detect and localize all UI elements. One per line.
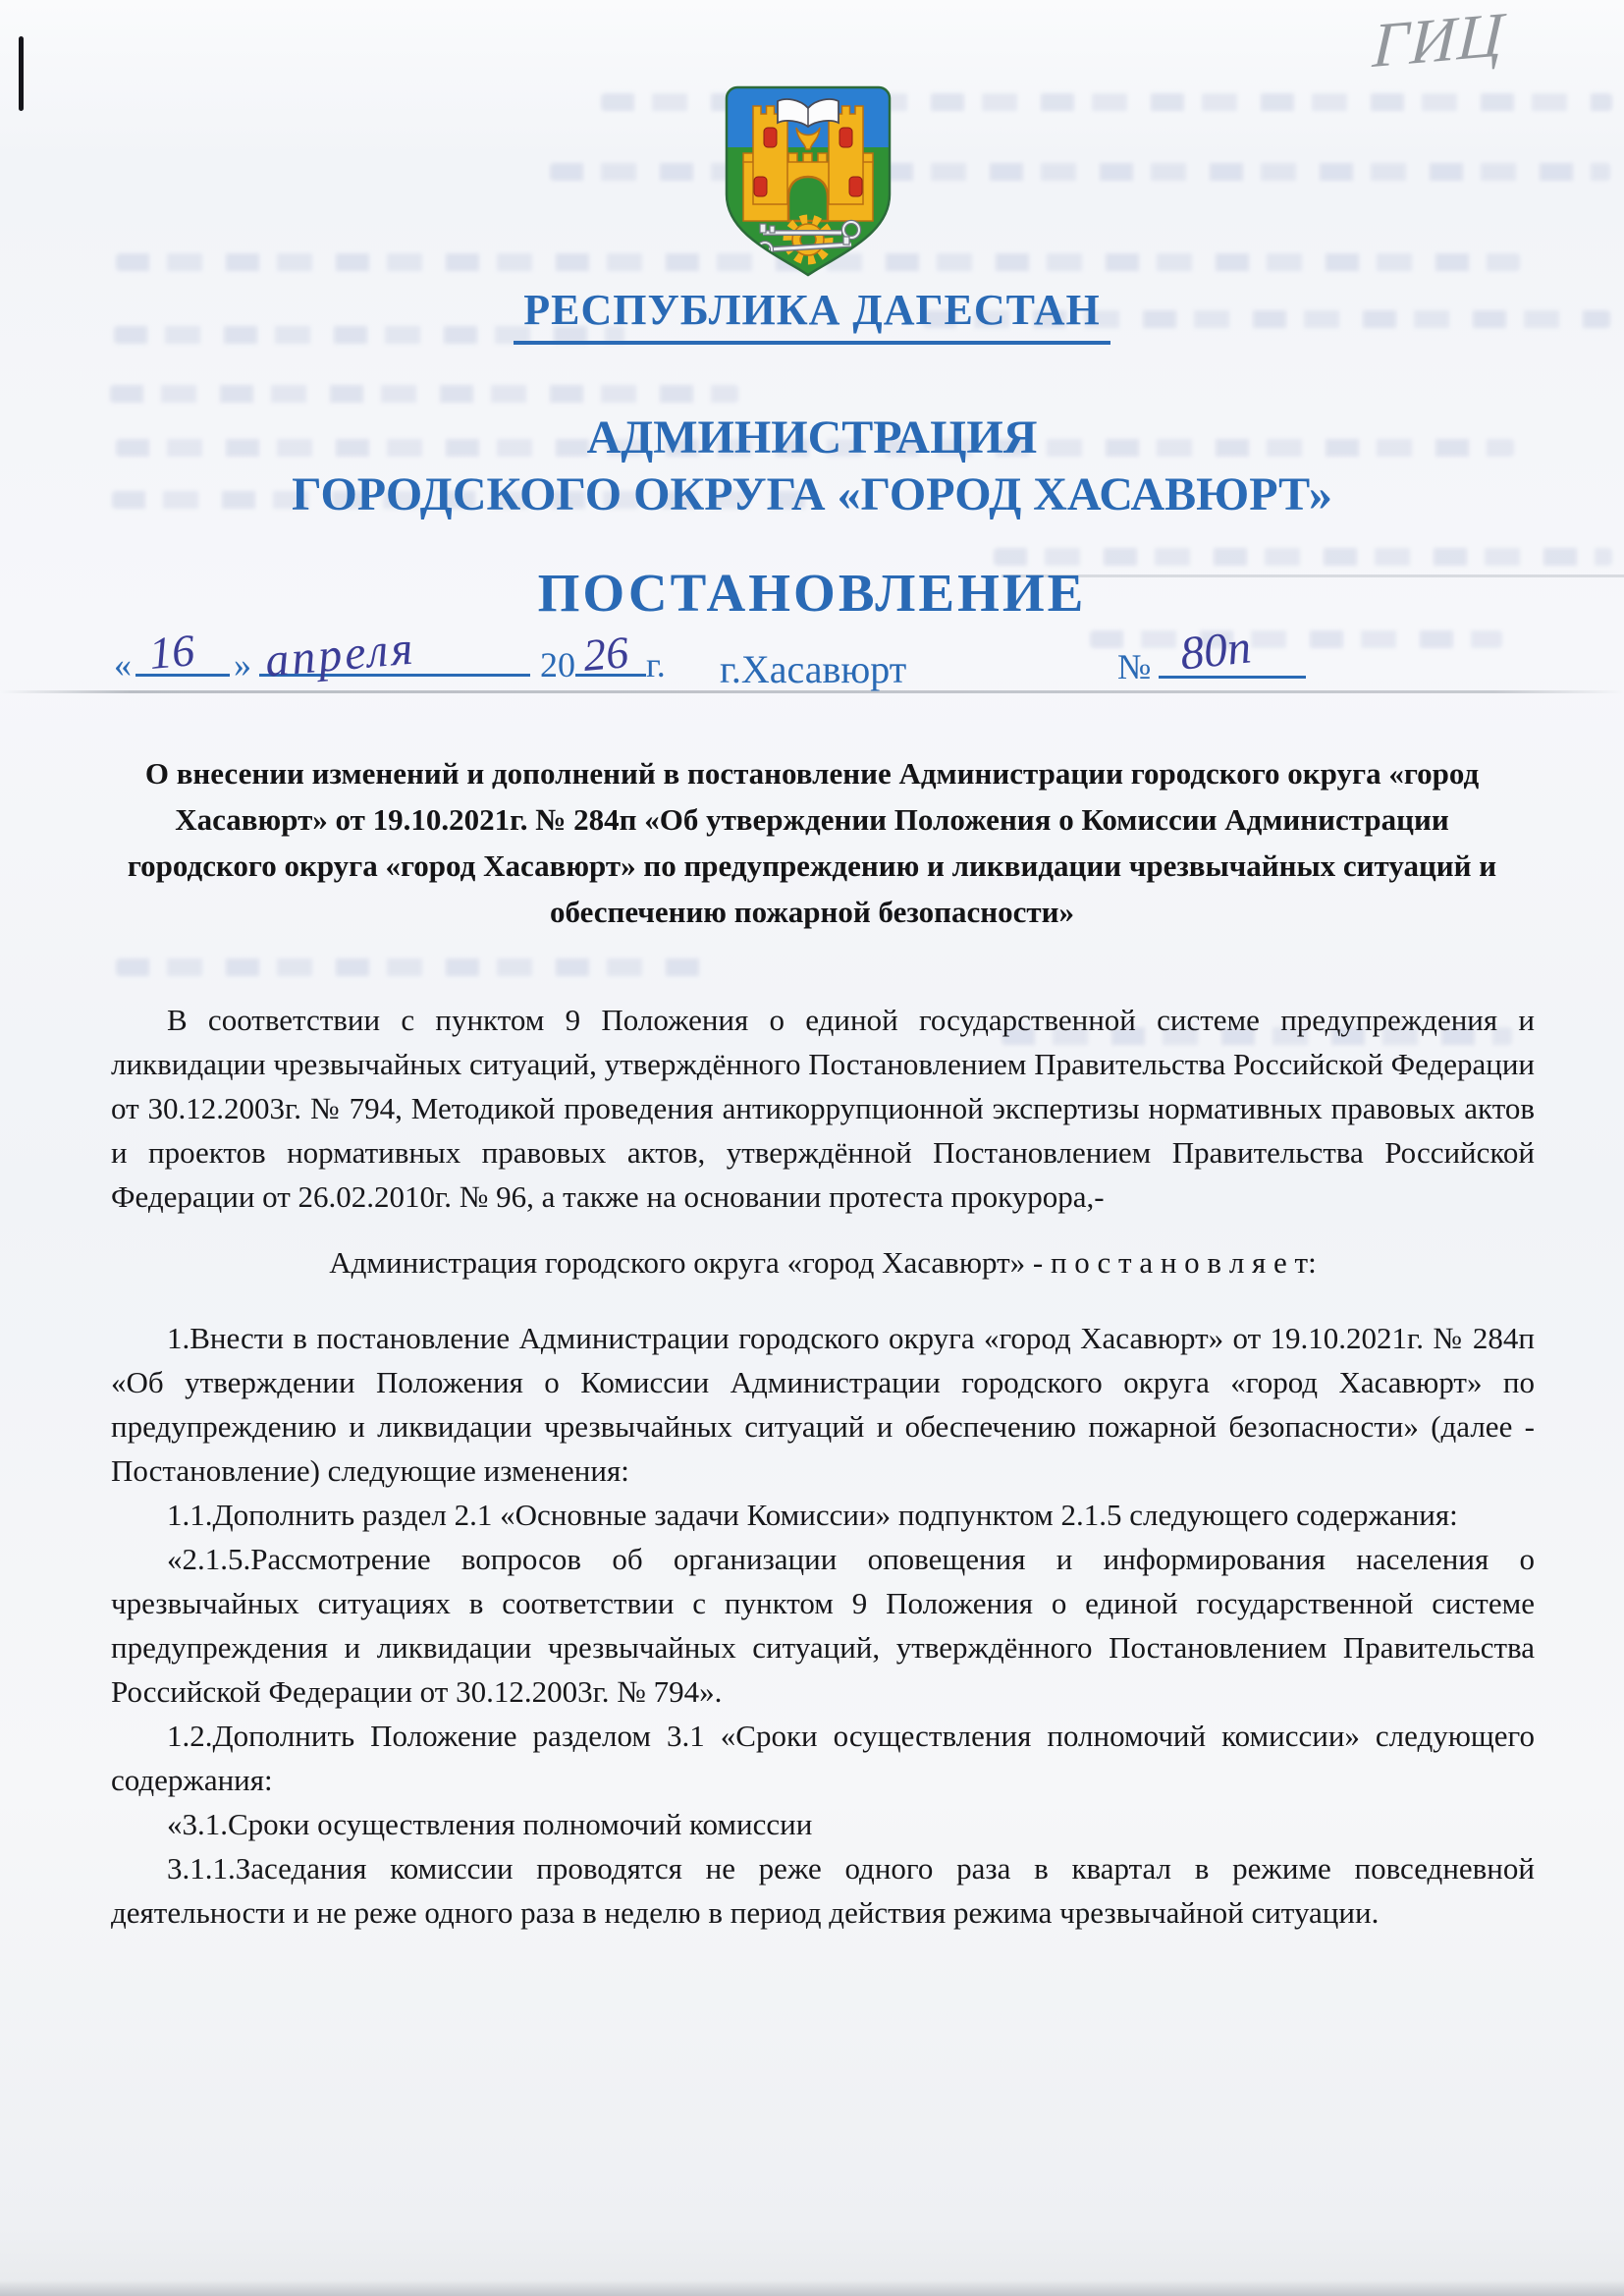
city-okrug-title: ГОРОДСКОГО ОКРУГА «ГОРОД ХАСАВЮРТ» [29,467,1595,521]
pencil-annotation: ГИЦ [1371,0,1506,82]
pen-margin-mark [19,36,24,111]
republic-title-text: РЕСПУБЛИКА ДАГЕСТАН [514,286,1110,345]
paragraph-preamble: В соответствии с пунктом 9 Положения о е… [111,998,1535,1219]
paragraph-resolves: Администрация городского округа «город Х… [111,1240,1535,1285]
handwritten-number: 80п [1178,620,1254,681]
document-meta-row: «16»апреля2026г. г.Хасавюрт №80п [0,636,1624,715]
handwritten-month: апреля [263,621,418,687]
bleed-through-artifact [110,385,738,403]
handwritten-year: 26 [581,626,630,682]
date-field: «16»апреля2026г. [114,644,666,685]
bleed-through-artifact [116,958,705,976]
handwritten-day: 16 [147,624,196,680]
republic-title: РЕСПУБЛИКА ДАГЕСТАН [29,285,1595,335]
date-close-quote: » [234,645,251,684]
date-day-slot: 16 [135,674,230,677]
paragraph-item-1-2: 1.2.Дополнить Положение разделом 3.1 «Ср… [111,1714,1535,1802]
date-open-quote: « [114,645,132,684]
postanovlenie-document-page: ГИЦ [0,0,1624,2296]
khasavyurt-coat-of-arms [724,84,893,279]
number-field: №80п [1117,646,1306,687]
paragraph-item-1-1: 1.1.Дополнить раздел 2.1 «Основные задач… [111,1493,1535,1537]
number-sign: № [1117,647,1151,686]
paragraph-item-3-1-1: 3.1.1.Заседания комиссии проводятся не р… [111,1846,1535,1935]
date-century: 20 [540,645,575,684]
document-type-title: ПОСТАНОВЛЕНИЕ [29,562,1595,624]
paragraph-item-2-1-5: «2.1.5.Рассмотрение вопросов об организа… [111,1537,1535,1714]
administration-title: АДМИНИСТРАЦИЯ [29,410,1595,465]
date-year-slot: 26 [575,674,646,677]
place-label: г.Хасавюрт [720,646,906,692]
bleed-through-artifact [550,163,1610,181]
document-title: О внесении изменений и дополнений в пост… [115,750,1509,935]
date-month-slot: апреля [259,674,530,677]
document-body: В соответствии с пунктом 9 Положения о е… [111,998,1535,1935]
date-year-suffix: г. [646,645,666,684]
paragraph-item-1: 1.Внести в постановление Администрации г… [111,1316,1535,1493]
paragraph-item-3-1: «3.1.Сроки осуществления полномочий коми… [111,1802,1535,1846]
number-slot: 80п [1159,676,1306,679]
